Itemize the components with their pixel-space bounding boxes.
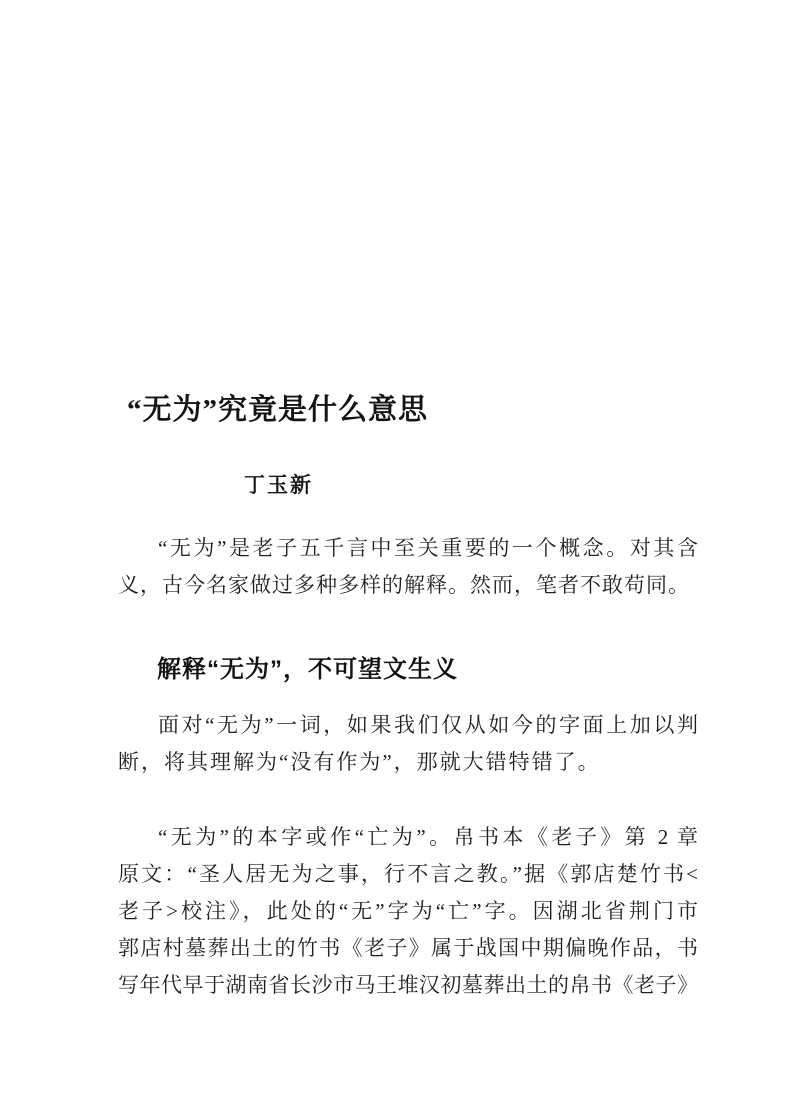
paragraph-line: 写年代早于湖南省长沙市马王堆汉初墓葬出土的帛书《老子》 [118,967,698,1004]
section-heading: 解释“无为”，不可望文生义 [157,655,458,685]
paragraph-etymology: “无为”的本字或作“亡为”。帛书本《老子》第 2 章 原文：“圣人居无为之事，行… [118,819,698,1004]
paragraph-line: “无为”的本字或作“亡为”。帛书本《老子》第 2 章 [118,819,698,856]
paragraph-intro: “无为”是老子五千言中至关重要的一个概念。对其含 义，古今名家做过多种多样的解释… [118,530,698,604]
paragraph-judgement: 面对“无为”一词，如果我们仅从如今的字面上加以判 断，将其理解为“没有作为”，那… [118,707,698,781]
document-title: “无为”究竟是什么意思 [127,391,428,429]
paragraph-line: 老子>校注》，此处的“无”字为“亡”字。因湖北省荆门市 [118,893,698,930]
paragraph-line: 断，将其理解为“没有作为”，那就大错特错了。 [118,744,698,781]
paragraph-line: 面对“无为”一词，如果我们仅从如今的字面上加以判 [118,707,698,744]
paragraph-line: 郭店村墓葬出土的竹书《老子》属于战国中期偏晚作品，书 [118,930,698,967]
paragraph-line: 义，古今名家做过多种多样的解释。然而，笔者不敢苟同。 [118,567,698,604]
author-name: 丁玉新 [244,474,313,496]
paragraph-line: 原文：“圣人居无为之事，行不言之教。”据《郭店楚竹书< [118,856,698,893]
document-page: “无为”究竟是什么意思 丁玉新 “无为”是老子五千言中至关重要的一个概念。对其含… [0,0,792,1120]
paragraph-line: “无为”是老子五千言中至关重要的一个概念。对其含 [118,530,698,567]
